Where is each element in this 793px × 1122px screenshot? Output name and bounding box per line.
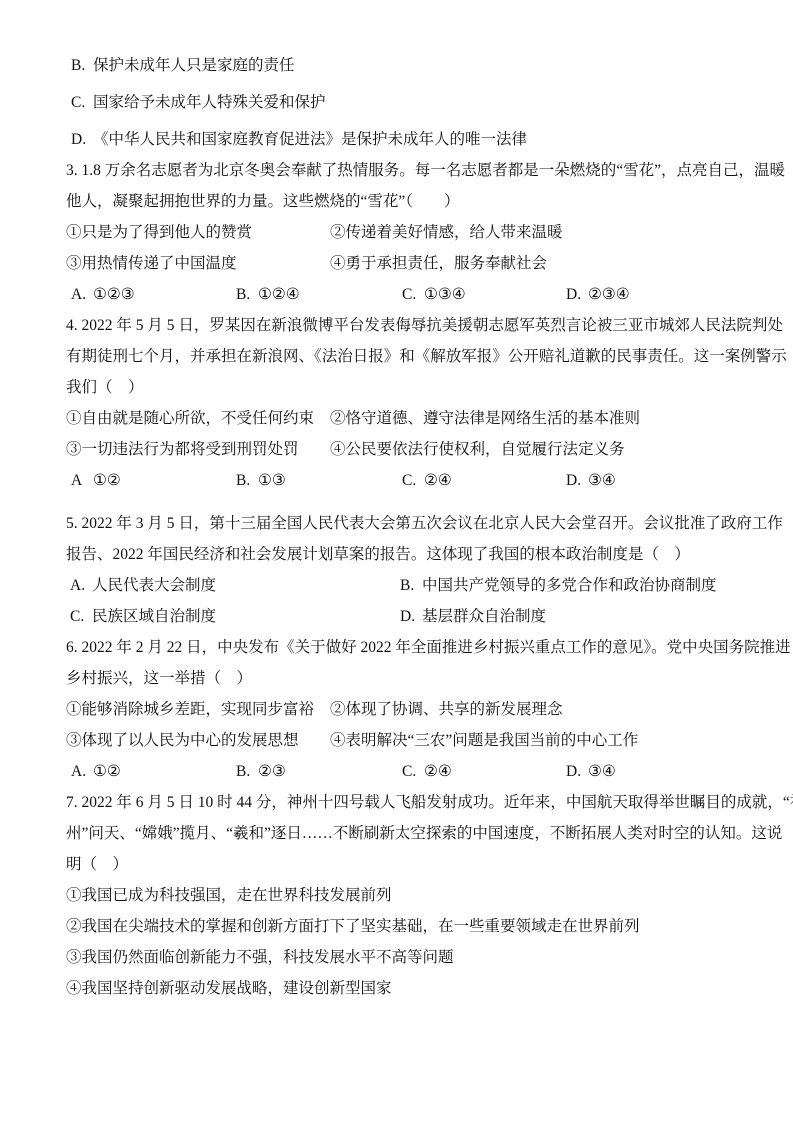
statement: ③体现了以人民为中心的发展思想 <box>66 725 330 756</box>
statement: ①只是为了得到他人的赞赏 <box>66 217 330 248</box>
statement: ①我国已成为科技强国，走在世界科技发展前列 <box>66 880 733 911</box>
answer-letter: C. <box>402 465 424 496</box>
choice-option-a: A.人民代表大会制度 <box>70 570 400 601</box>
answer-row: A.①② B.②③ C.②④ D.③④ <box>66 756 733 787</box>
choice-row: C.民族区域自治制度 D.基层群众自治制度 <box>66 601 733 632</box>
answer-value: ①③ <box>258 472 286 489</box>
choice-text: 基层群众自治制度 <box>422 608 546 625</box>
statement-row: ①自由就是随心所欲，不受任何约束 ②恪守道德、遵守法律是网络生活的基本准则 <box>66 403 733 434</box>
answer-value: ①②③ <box>93 286 135 303</box>
statement: ①自由就是随心所欲，不受任何约束 <box>66 403 330 434</box>
statement: ③我国仍然面临创新能力不强，科技发展水平不高等问题 <box>66 942 733 973</box>
answer-row: A①② B.①③ C.②④ D.③④ <box>66 465 733 496</box>
answer-option-d: D.②③④ <box>566 279 733 310</box>
question-7: 7. 2022 年 6 月 5 日 10 时 44 分，神州十四号载人飞船发射成… <box>66 787 733 1004</box>
choice-letter: D. <box>71 124 93 155</box>
statement: ④我国坚持创新驱动发展战略，建设创新型国家 <box>66 973 733 1004</box>
answer-value: ③④ <box>588 472 616 489</box>
statement: ③用热情传递了中国温度 <box>66 248 330 279</box>
stem-line: 他人，凝聚起拥抱世界的力量。这些燃烧的“雪花”（ ） <box>66 186 733 217</box>
stem-line: 明（ ） <box>66 849 733 880</box>
answer-option-a: A①② <box>71 465 236 496</box>
answer-row: A.①②③ B.①②④ C.①③④ D.②③④ <box>66 279 733 310</box>
choice-text: 保护未成年人只是家庭的责任 <box>93 57 295 74</box>
answer-option-d: D.③④ <box>566 465 733 496</box>
answer-option-c: C.①③④ <box>402 279 566 310</box>
answer-value: ①②④ <box>258 286 300 303</box>
stem-line: 报告、2022 年国民经济和社会发展计划草案的报告。这体现了我国的根本政治制度是… <box>66 539 733 570</box>
answer-letter: C. <box>402 279 424 310</box>
choice-letter: B. <box>71 50 93 81</box>
answer-option-d: D.③④ <box>566 756 733 787</box>
question-4: 4. 2022 年 5 月 5 日，罗某因在新浪微博平台发表侮辱抗美援朝志愿军英… <box>66 310 733 496</box>
choice-text: 人民代表大会制度 <box>92 577 216 594</box>
choice-line-c: C.国家给予未成年人特殊关爱和保护 <box>66 87 733 118</box>
answer-value: ①③④ <box>424 286 466 303</box>
statement-row: ③体现了以人民为中心的发展思想 ④表明解决“三农”问题是我国当前的中心工作 <box>66 725 733 756</box>
answer-option-a: A.①② <box>71 756 236 787</box>
choice-letter: D. <box>400 601 422 632</box>
choice-text: 中国共产党领导的多党合作和政治协商制度 <box>422 577 717 594</box>
choice-letter: B. <box>400 570 422 601</box>
answer-value: ②④ <box>424 472 452 489</box>
choice-letter: C. <box>70 601 92 632</box>
choice-line-b: B.保护未成年人只是家庭的责任 <box>66 50 733 81</box>
stem-line: 3. 1.8 万余名志愿者为北京冬奥会奉献了热情服务。每一名志愿者都是一朵燃烧的… <box>66 155 733 186</box>
answer-option-b: B.①②④ <box>236 279 402 310</box>
statement-row: ③一切违法行为都将受到刑罚处罚 ④公民要依法行使权利，自觉履行法定义务 <box>66 434 733 465</box>
statement: ④勇于承担责任，服务奉献社会 <box>330 248 733 279</box>
statement: ②体现了协调、共享的新发展理念 <box>330 694 733 725</box>
answer-letter: A <box>71 465 93 496</box>
statement: ②传递着美好情感，给人带来温暖 <box>330 217 733 248</box>
stem-line: 州”问天、“嫦娥”揽月、“羲和”逐日……不断刷新太空探索的中国速度，不断拓展人类… <box>66 818 733 849</box>
choice-option-b: B.中国共产党领导的多党合作和政治协商制度 <box>400 570 733 601</box>
stem-line: 4. 2022 年 5 月 5 日，罗某因在新浪微博平台发表侮辱抗美援朝志愿军英… <box>66 310 733 341</box>
question-6: 6. 2022 年 2 月 22 日，中央发布《关于做好 2022 年全面推进乡… <box>66 632 733 787</box>
question-2-options: B.保护未成年人只是家庭的责任 C.国家给予未成年人特殊关爱和保护 D.《中华人… <box>66 50 733 155</box>
choice-letter: C. <box>71 87 93 118</box>
stem-line: 6. 2022 年 2 月 22 日，中央发布《关于做好 2022 年全面推进乡… <box>66 632 733 663</box>
choice-option-c: C.民族区域自治制度 <box>70 601 400 632</box>
answer-letter: A. <box>71 756 93 787</box>
answer-letter: B. <box>236 465 258 496</box>
stem-line: 5. 2022 年 3 月 5 日，第十三届全国人民代表大会第五次会议在北京人民… <box>66 508 733 539</box>
answer-value: ①② <box>93 763 121 780</box>
answer-letter: C. <box>402 756 424 787</box>
answer-value: ③④ <box>588 763 616 780</box>
choice-row: A.人民代表大会制度 B.中国共产党领导的多党合作和政治协商制度 <box>66 570 733 601</box>
answer-letter: B. <box>236 756 258 787</box>
statement-row: ①能够消除城乡差距，实现同步富裕 ②体现了协调、共享的新发展理念 <box>66 694 733 725</box>
answer-option-b: B.②③ <box>236 756 402 787</box>
choice-line-d: D.《中华人民共和国家庭教育促进法》是保护未成年人的唯一法律 <box>66 124 733 155</box>
answer-option-b: B.①③ <box>236 465 402 496</box>
question-3: 3. 1.8 万余名志愿者为北京冬奥会奉献了热情服务。每一名志愿者都是一朵燃烧的… <box>66 155 733 310</box>
statement: ②恪守道德、遵守法律是网络生活的基本准则 <box>330 403 733 434</box>
statement: ③一切违法行为都将受到刑罚处罚 <box>66 434 330 465</box>
statement: ④公民要依法行使权利，自觉履行法定义务 <box>330 434 733 465</box>
answer-value: ②④ <box>424 763 452 780</box>
answer-letter: D. <box>566 756 588 787</box>
choice-letter: A. <box>70 570 92 601</box>
answer-letter: B. <box>236 279 258 310</box>
answer-option-c: C.②④ <box>402 756 566 787</box>
statement-row: ①只是为了得到他人的赞赏 ②传递着美好情感，给人带来温暖 <box>66 217 733 248</box>
statement: ②我国在尖端技术的掌握和创新方面打下了坚实基础，在一些重要领域走在世界前列 <box>66 911 733 942</box>
answer-value: ②③④ <box>588 286 630 303</box>
stem-line: 有期徒刑七个月，并承担在新浪网、《法治日报》和《解放军报》公开赔礼道歉的民事责任… <box>66 341 733 372</box>
answer-letter: A. <box>71 279 93 310</box>
statement: ①能够消除城乡差距，实现同步富裕 <box>66 694 330 725</box>
choice-text: 国家给予未成年人特殊关爱和保护 <box>93 94 326 111</box>
stem-line: 乡村振兴，这一举措（ ） <box>66 663 733 694</box>
exam-document-page: B.保护未成年人只是家庭的责任 C.国家给予未成年人特殊关爱和保护 D.《中华人… <box>0 0 793 1122</box>
stem-line: 7. 2022 年 6 月 5 日 10 时 44 分，神州十四号载人飞船发射成… <box>66 787 733 818</box>
answer-letter: D. <box>566 465 588 496</box>
stem-line: 我们（ ） <box>66 372 733 403</box>
answer-option-a: A.①②③ <box>71 279 236 310</box>
answer-value: ②③ <box>258 763 286 780</box>
choice-option-d: D.基层群众自治制度 <box>400 601 733 632</box>
choice-text: 《中华人民共和国家庭教育促进法》是保护未成年人的唯一法律 <box>93 131 527 148</box>
question-5: 5. 2022 年 3 月 5 日，第十三届全国人民代表大会第五次会议在北京人民… <box>66 508 733 632</box>
statement-row: ③用热情传递了中国温度 ④勇于承担责任，服务奉献社会 <box>66 248 733 279</box>
choice-text: 民族区域自治制度 <box>92 608 216 625</box>
answer-option-c: C.②④ <box>402 465 566 496</box>
answer-letter: D. <box>566 279 588 310</box>
answer-value: ①② <box>93 472 121 489</box>
statement: ④表明解决“三农”问题是我国当前的中心工作 <box>330 725 733 756</box>
